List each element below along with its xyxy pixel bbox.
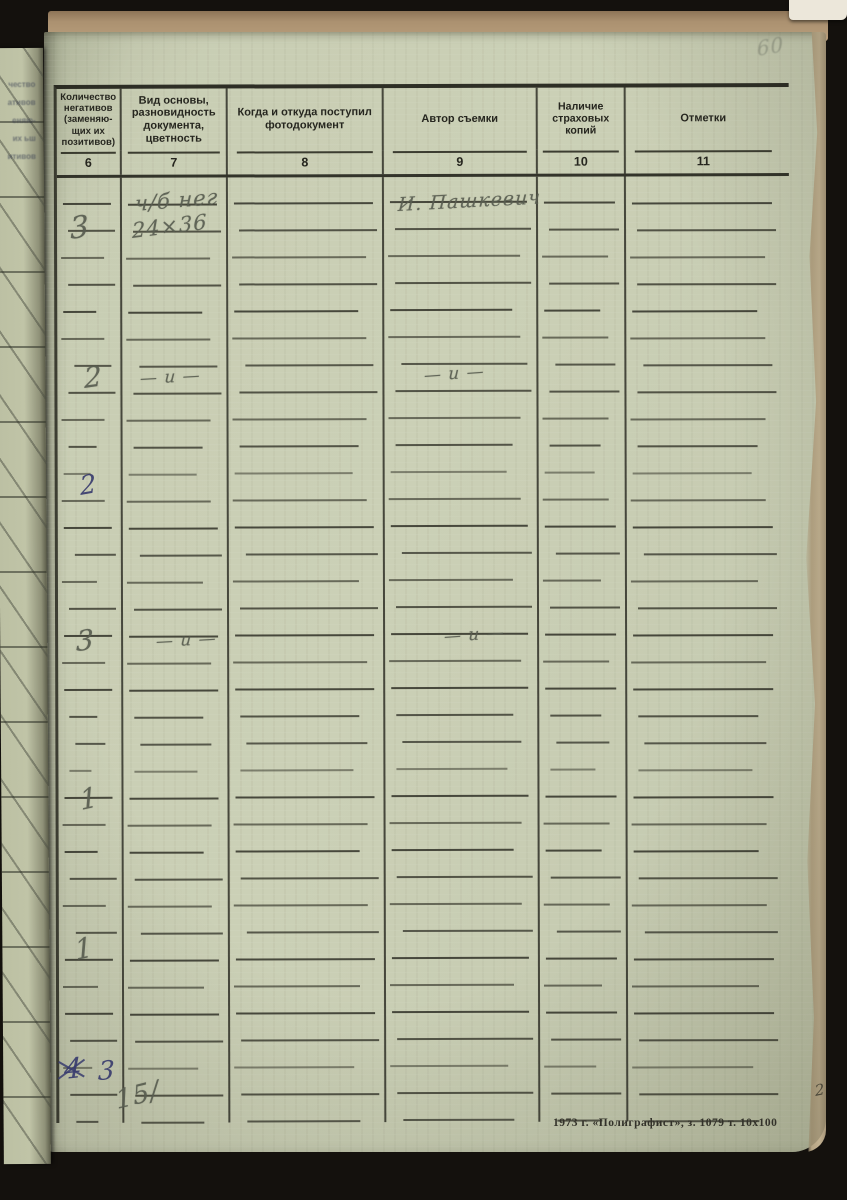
sliver-text-fragment: ативов: [0, 98, 36, 107]
body-column-9: [382, 177, 538, 1122]
table-cell: [626, 392, 781, 419]
table-cell: [123, 664, 227, 691]
table-cell: [539, 473, 625, 500]
table-cell: [122, 259, 226, 286]
table-cell: [384, 285, 536, 312]
table-cell: [229, 609, 383, 636]
table-cell: [229, 663, 383, 690]
table-cell: [540, 878, 626, 905]
table-cell: [59, 1015, 122, 1042]
table-cell: [123, 745, 227, 772]
sliver-text-fragment: итивов: [0, 152, 36, 161]
table-cell: [386, 987, 538, 1014]
table-cell: [229, 771, 383, 798]
table-cell: [538, 311, 624, 338]
table-cell: [626, 257, 781, 284]
table-cell: [385, 663, 537, 690]
handwritten-entry: 2: [79, 469, 98, 502]
table-cell: [123, 502, 227, 529]
table-cell: [385, 555, 537, 582]
table-cell: [122, 286, 226, 313]
column-header-notes: Отметки: [624, 87, 781, 149]
table-cell: [626, 230, 781, 257]
table-cell: [628, 878, 783, 905]
table-cell: [122, 313, 226, 340]
table-cell: [628, 824, 783, 851]
table-cell: [540, 986, 626, 1013]
table-cell: [628, 959, 783, 986]
table-cell: [386, 825, 538, 852]
table-cell: [229, 690, 383, 717]
table-cell: [230, 933, 384, 960]
table-cell: [386, 798, 538, 825]
table-cell: [229, 420, 383, 447]
table-cell: [626, 176, 781, 203]
table-cell: [124, 1015, 228, 1042]
table-cell: [123, 421, 227, 448]
table-cell: [385, 501, 537, 528]
table-cell: [539, 500, 625, 527]
table-cell: [124, 799, 228, 826]
table-cell: [627, 500, 782, 527]
table-cell: [540, 905, 626, 932]
table-cell: [628, 905, 783, 932]
column-number-10: 10: [536, 149, 624, 173]
table-cell: [538, 257, 624, 284]
table-cell: [229, 474, 383, 501]
table-cell: [628, 986, 783, 1013]
table-cell: [627, 554, 782, 581]
table-cell: [538, 392, 624, 419]
table-cell: [386, 1068, 538, 1095]
table-cell: [58, 529, 121, 556]
table-cell: [540, 1013, 626, 1040]
column-number-7: 7: [120, 151, 226, 175]
table-cell: [229, 555, 383, 582]
handwritten-entry: 3: [97, 1056, 116, 1087]
table-cell: [386, 960, 538, 987]
sliver-text-fragment: еняю-: [0, 116, 36, 125]
column-header-quantity: Количество негативов (заменяю- щих их по…: [57, 89, 120, 151]
table-cell: [627, 419, 782, 446]
table-cell: [538, 338, 624, 365]
handwritten-entry: — и —: [424, 362, 485, 386]
table-cell: [58, 421, 121, 448]
table-cell: [59, 853, 122, 880]
table-cell: [123, 691, 227, 718]
table-cell: [228, 204, 382, 231]
table-cell: [627, 662, 782, 689]
table-cell: [385, 528, 537, 555]
table-cell: [123, 583, 227, 610]
body-column-11: [624, 176, 783, 1121]
table-cell: [385, 744, 537, 771]
table-cell: [538, 230, 624, 257]
table-cell: [539, 527, 625, 554]
table-cell: [59, 1096, 122, 1123]
table-cell: [57, 313, 120, 340]
handwritten-entry: — и —: [155, 629, 217, 652]
table-cell: [627, 608, 782, 635]
table-cell: [627, 446, 782, 473]
table-cell: [230, 798, 384, 825]
table-cell: [384, 393, 536, 420]
table-cell: [539, 689, 625, 716]
handwritten-entry: 1: [78, 780, 100, 817]
table-cell: [626, 311, 781, 338]
table-cell: [59, 988, 122, 1015]
table-cell: [122, 340, 226, 367]
table-cell: [230, 879, 384, 906]
table-cell: [385, 582, 537, 609]
table-cell: [124, 826, 228, 853]
table-cell: [539, 554, 625, 581]
table-cell: [230, 960, 384, 987]
table-cell: [228, 339, 382, 366]
table-cell: [58, 502, 121, 529]
index-tab: [789, 0, 847, 20]
table-cell: [538, 203, 624, 230]
body-column-8: [226, 177, 384, 1122]
table-cell: [627, 473, 782, 500]
table-cell: [228, 177, 382, 204]
table-cell: [124, 934, 228, 961]
table-cell: [123, 556, 227, 583]
table-cell: [229, 717, 383, 744]
table-cell: [626, 203, 781, 230]
table-cell: [385, 690, 537, 717]
table-cell: [59, 826, 122, 853]
table-cell: [628, 932, 783, 959]
table-cell: [124, 988, 228, 1015]
handwritten-entry: 2: [814, 1080, 826, 1100]
table-cell: [58, 664, 121, 691]
handwritten-entry: 1: [73, 930, 95, 967]
table-cell: [57, 286, 120, 313]
column-header-backup-copies: Наличие страховых копий: [536, 87, 624, 149]
table-cell: [539, 770, 625, 797]
table-cell: [627, 635, 782, 662]
table-cell: [626, 284, 781, 311]
table-cell: [539, 608, 625, 635]
table-cell: [229, 447, 383, 474]
table-cell: [539, 581, 625, 608]
table-cell: [386, 879, 538, 906]
sliver-text-fragment: чество: [0, 80, 35, 89]
handwritten-entry: — и —: [139, 366, 201, 389]
table-cell: [627, 770, 782, 797]
table-cell: [229, 582, 383, 609]
table-cell: [230, 987, 384, 1014]
table-cell: [628, 1013, 783, 1040]
table-cell: [384, 339, 536, 366]
table-cell: [230, 906, 384, 933]
table-cell: [230, 1068, 384, 1095]
table-cell: [626, 365, 781, 392]
handwritten-entry: 60: [756, 32, 785, 61]
table-cell: [124, 880, 228, 907]
table-cell: [123, 772, 227, 799]
table-cell: [230, 1095, 384, 1122]
table-cell: [123, 475, 227, 502]
table-cell: [384, 312, 536, 339]
column-header-author: Автор съемки: [382, 88, 536, 150]
torn-right-edge: [804, 32, 826, 1152]
column-number-6: 6: [57, 151, 120, 175]
table-cell: [627, 743, 782, 770]
table-cell: [385, 447, 537, 474]
table-cell: [539, 743, 625, 770]
column-number-9: 9: [382, 150, 536, 174]
table-cell: [628, 851, 783, 878]
table-cell: [538, 365, 624, 392]
table-cell: [386, 906, 538, 933]
table-cell: [540, 1067, 626, 1094]
table-cell: [539, 419, 625, 446]
table-cell: [230, 1014, 384, 1041]
table-cell: [123, 448, 227, 475]
table-cell: [228, 285, 382, 312]
table-cell: [57, 178, 120, 205]
table-cell: [57, 394, 120, 421]
sliver-text-fragment: их ьш: [0, 134, 36, 143]
table-cell: [540, 851, 626, 878]
table-cell: [386, 1095, 538, 1122]
table-cell: [59, 961, 122, 988]
table-cell: [124, 1042, 228, 1069]
table-cell: [228, 258, 382, 285]
table-cell: [386, 852, 538, 879]
print-shop-imprint: 1973 г. «Полиграфист», з. 1079 т. 10х100: [553, 1117, 777, 1129]
table-cell: [539, 446, 625, 473]
table-cell: [539, 662, 625, 689]
table-cell: [57, 259, 120, 286]
handwritten-entry: 3: [76, 623, 95, 658]
table-cell: [385, 771, 537, 798]
table-cell: [538, 176, 624, 203]
table-header-row: Количество негативов (заменяю- щих их по…: [57, 87, 789, 151]
table-cell: [229, 636, 383, 663]
handwritten-entry: — и —: [444, 623, 505, 647]
table-cell: [540, 1040, 626, 1067]
table-cell: [58, 583, 121, 610]
table-cell: [123, 529, 227, 556]
table-cell: [627, 581, 782, 608]
table-cell: [230, 852, 384, 879]
table-cell: [385, 717, 537, 744]
table-cell: [539, 716, 625, 743]
table-cell: [229, 501, 383, 528]
table-cell: [59, 880, 122, 907]
table-cell: [628, 797, 783, 824]
table-cell: [386, 1041, 538, 1068]
table-cell: [540, 932, 626, 959]
table-cell: [539, 635, 625, 662]
table-cell: [385, 420, 537, 447]
table-cell: [58, 556, 121, 583]
table-cell: [540, 824, 626, 851]
table-cell: [627, 716, 782, 743]
table-cell: [228, 393, 382, 420]
table-cell: [385, 474, 537, 501]
table-cell: [384, 231, 536, 258]
table-cell: [228, 231, 382, 258]
table-cell: [124, 853, 228, 880]
table-cell: [540, 797, 626, 824]
table-cell: [628, 1040, 783, 1067]
table-cell: [540, 959, 626, 986]
table-cell: [58, 745, 121, 772]
table-cell: [58, 691, 121, 718]
table-cell: [123, 718, 227, 745]
column-number-row: 6 7 8 9 10 11: [57, 149, 789, 175]
table-cell: [230, 825, 384, 852]
handwritten-entry: 3: [69, 209, 91, 247]
table-cell: [124, 907, 228, 934]
previous-page-sliver: чествоативовеняю-их ьшитивов: [0, 48, 51, 1164]
table-cell: [122, 394, 226, 421]
table-cell: [626, 338, 781, 365]
table-cell: [628, 1067, 783, 1094]
table-cell: [230, 1041, 384, 1068]
photographed-archive-spread: { "document": { "kind": "archival photo-…: [0, 0, 847, 1200]
table-cell: [627, 689, 782, 716]
table-cell: [229, 744, 383, 771]
table-cell: [229, 528, 383, 555]
handwritten-entry: 2: [83, 359, 103, 395]
body-column-10: [536, 176, 626, 1121]
table-cell: [228, 366, 382, 393]
table-cell: [384, 258, 536, 285]
column-number-8: 8: [226, 150, 382, 174]
table-cell: [538, 284, 624, 311]
column-number-11: 11: [624, 149, 781, 173]
column-header-base-type: Вид основы, разновидность документа, цве…: [120, 89, 226, 151]
handwritten-entry: 4: [64, 1051, 83, 1086]
column-header-received-from: Когда и откуда поступил фотодокумент: [226, 88, 382, 150]
table-cell: [124, 961, 228, 988]
table-cell: [627, 527, 782, 554]
table-cell: [228, 312, 382, 339]
table-cell: [386, 933, 538, 960]
table-cell: [58, 718, 121, 745]
table-cell: [386, 1014, 538, 1041]
